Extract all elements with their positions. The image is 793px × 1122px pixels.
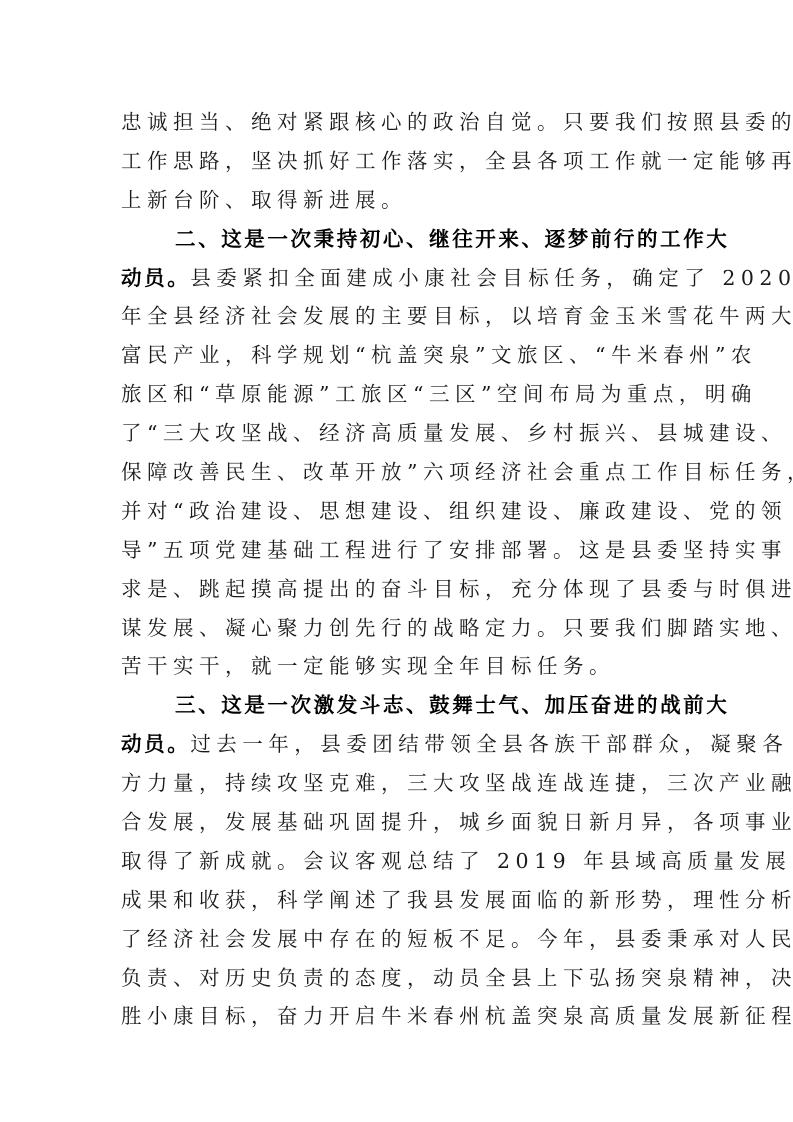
- text-line: 工作思路，坚决抓好工作落实，全县各项工作就一定能够再: [121, 142, 688, 181]
- text-line: 负责、对历史负责的态度，动员全县上下弘扬突泉精神，决: [121, 959, 688, 998]
- section-heading-2: 二、这是一次秉持初心、继往开来、逐梦前行的工作大: [121, 220, 688, 259]
- text-line: 动员。过去一年，县委团结带领全县各族干部群众，凝聚各: [121, 725, 688, 764]
- text-line: 了经济社会发展中存在的短板不足。今年，县委秉承对人民: [121, 920, 688, 959]
- text-line: 方力量，持续攻坚克难，三大攻坚战连战连捷，三次产业融: [121, 764, 688, 803]
- text-line: 旅区和“草原能源”工旅区“三区”空间布局为重点，明确: [121, 375, 688, 414]
- text-line: 保障改善民生、改革开放”六项经济社会重点工作目标任务，: [121, 453, 688, 492]
- text-line: 求是、跳起摸高提出的奋斗目标，充分体现了县委与时俱进: [121, 570, 688, 609]
- text-line: 苦干实干，就一定能够实现全年目标任务。: [121, 647, 688, 686]
- text-line: 年全县经济社会发展的主要目标，以培育金玉米雪花牛两大: [121, 297, 688, 336]
- section-heading-tail: 动员。: [121, 732, 190, 756]
- text-span: 过去一年，县委团结带领全县各族干部群众，凝聚各: [190, 732, 788, 756]
- text-span: 县委紧扣全面建成小康社会目标任务，确定了 2020: [190, 266, 793, 290]
- text-line: 上新台阶、取得新进展。: [121, 181, 688, 220]
- text-line: 富民产业，科学规划“杭盖突泉”文旅区、“牛米春州”农: [121, 336, 688, 375]
- document-page: 忠诚担当、绝对紧跟核心的政治自觉。只要我们按照县委的 工作思路，坚决抓好工作落实…: [121, 103, 691, 1036]
- section-heading-3: 三、这是一次激发斗志、鼓舞士气、加压奋进的战前大: [121, 686, 688, 725]
- text-line: 动员。县委紧扣全面建成小康社会目标任务，确定了 2020: [121, 259, 688, 298]
- text-line: 导”五项党建基础工程进行了安排部署。这是县委坚持实事: [121, 531, 688, 570]
- text-line: 合发展，发展基础巩固提升，城乡面貌日新月异，各项事业: [121, 803, 688, 842]
- section-heading-tail: 动员。: [121, 266, 190, 290]
- text-line: 并对“政治建设、思想建设、组织建设、廉政建设、党的领: [121, 492, 688, 531]
- text-line: 胜小康目标，奋力开启牛米春州杭盖突泉高质量发展新征程。: [121, 997, 688, 1036]
- text-line: 谋发展、凝心聚力创先行的战略定力。只要我们脚踏实地、: [121, 609, 688, 648]
- text-line: 忠诚担当、绝对紧跟核心的政治自觉。只要我们按照县委的: [121, 103, 688, 142]
- text-line: 取得了新成就。会议客观总结了 2019 年县域高质量发展的: [121, 842, 688, 881]
- text-line: 成果和收获，科学阐述了我县发展面临的新形势，理性分析: [121, 881, 688, 920]
- text-line: 了“三大攻坚战、经济高质量发展、乡村振兴、县城建设、: [121, 414, 688, 453]
